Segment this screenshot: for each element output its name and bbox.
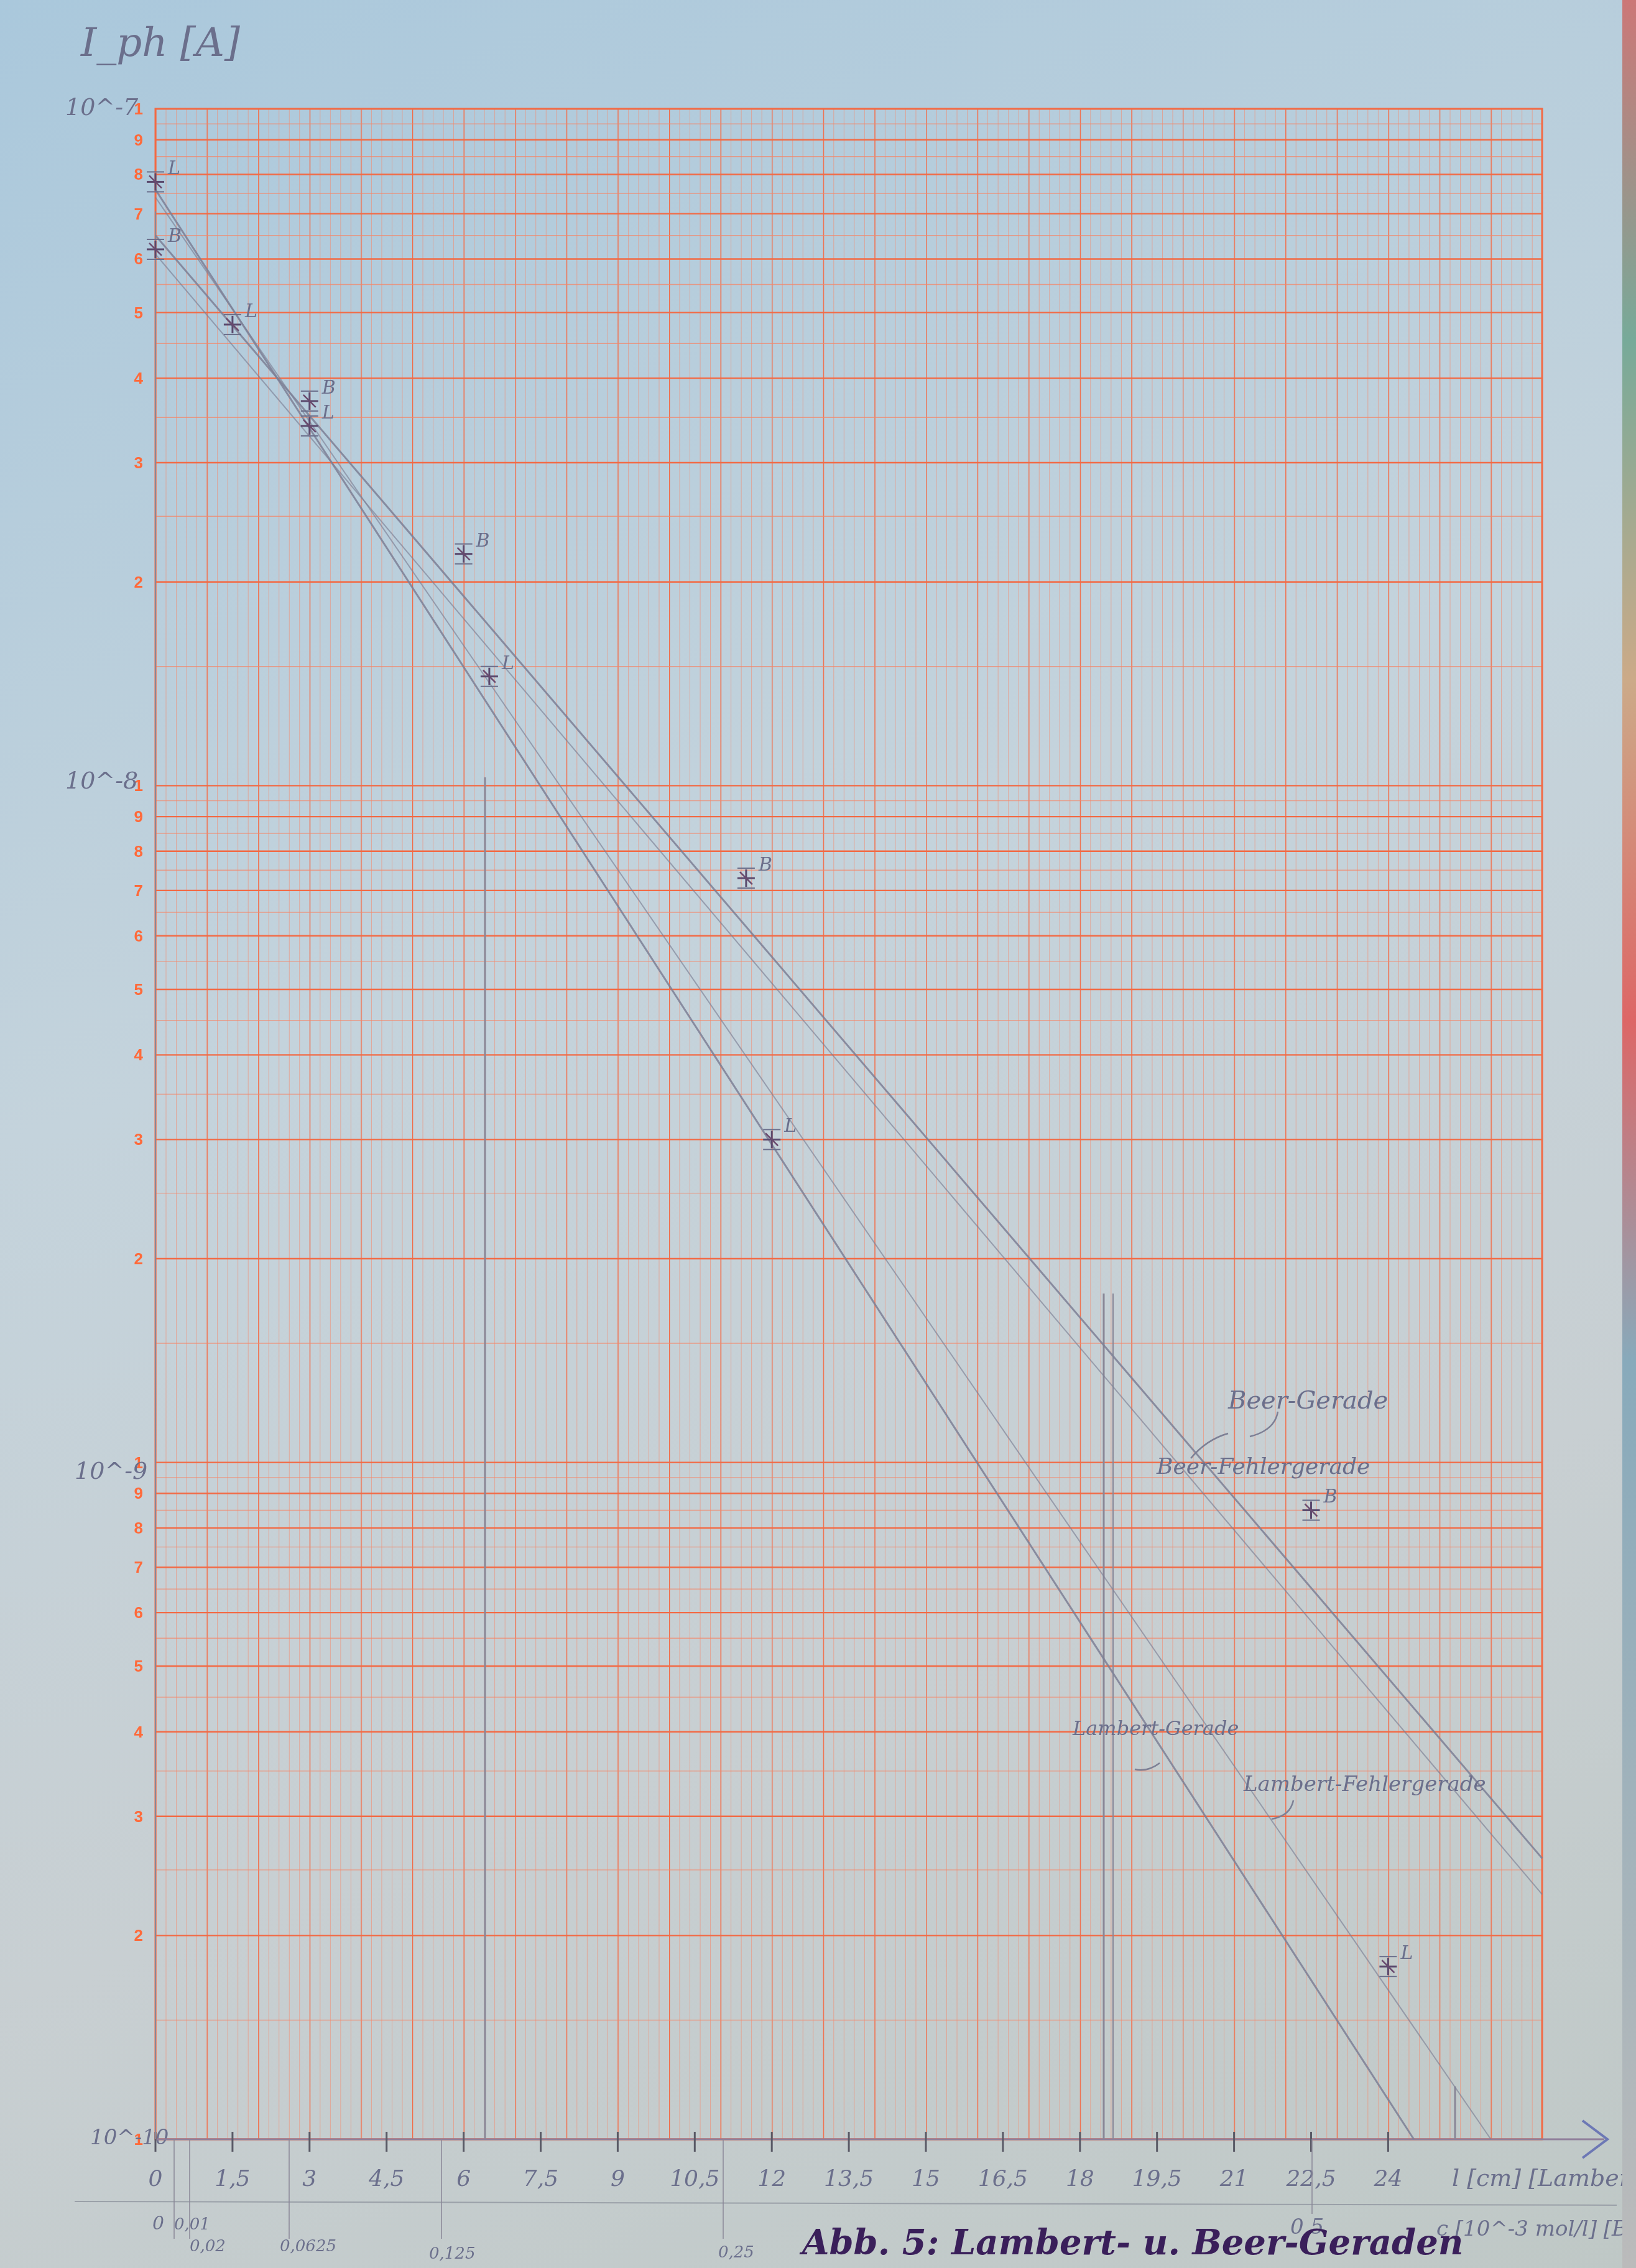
point-series-letter: B	[758, 854, 772, 876]
c-tick-0-25: 0,25	[718, 2243, 754, 2262]
x-tick-label: 0	[149, 2166, 163, 2192]
c-tick-0: 0	[152, 2213, 164, 2234]
x-tick-label: 24	[1373, 2166, 1402, 2192]
decade-label-1e-8: 10^-8	[65, 767, 138, 794]
y-tick-label: 8	[134, 165, 143, 183]
y-tick-label: 8	[134, 1519, 143, 1537]
c-tick-0-125: 0,125	[429, 2244, 475, 2263]
y-tick-label: 6	[134, 927, 143, 945]
x-tick-label: 6	[456, 2166, 471, 2192]
x-axis-primary-tick-labels: 01,534,567,5910,51213,51516,51819,52122,…	[149, 2132, 1403, 2192]
y-tick-label: 7	[134, 881, 143, 900]
point-series-letter: B	[476, 530, 490, 552]
y-tick-label: 4	[134, 1723, 144, 1741]
point-series-letter: B	[1323, 1486, 1338, 1507]
y-tick-label: 9	[134, 1484, 143, 1502]
y-tick-label: 2	[134, 573, 143, 591]
point-series-letter: L	[244, 300, 257, 322]
y-tick-label: 9	[134, 807, 143, 826]
x-tick-label: 22,5	[1285, 2166, 1336, 2192]
x-axis-secondary-label: c [10^-3 mol/l] [Beer]	[1436, 2216, 1636, 2241]
plot-grid	[155, 109, 1542, 2139]
point-series-letter: L	[167, 157, 180, 179]
point-series-letter: B	[167, 225, 182, 247]
point-series-letter: L	[1400, 1942, 1413, 1964]
c-tick-0-02: 0,02	[190, 2237, 226, 2256]
y-tick-label: 5	[134, 1657, 143, 1675]
y-axis-decade-labels: 10^-7 10^-8 10^-9 10^-10	[65, 93, 169, 2150]
x-tick-label: 7,5	[523, 2166, 558, 2192]
decade-label-1e-10: 10^-10	[90, 2125, 169, 2150]
point-series-letter: L	[321, 402, 335, 424]
y-tick-label: 2	[134, 1249, 143, 1268]
c-tick-0-01: 0,01	[174, 2215, 210, 2234]
x-tick-label: 1,5	[215, 2166, 250, 2192]
x-tick-label: 4,5	[368, 2166, 404, 2192]
x-tick-label: 16,5	[978, 2166, 1028, 2192]
y-tick-label: 3	[134, 453, 143, 472]
figure-caption: Abb. 5: Lambert- u. Beer-Geraden	[799, 2222, 1463, 2263]
x-axis-primary-label: l [cm] [Lambert]	[1452, 2164, 1636, 2192]
paper-edge	[1622, 0, 1636, 2268]
y-tick-label: 7	[134, 205, 143, 223]
y-tick-label: 3	[134, 1807, 143, 1826]
y-tick-label: 7	[134, 1558, 143, 1576]
x-tick-label: 18	[1066, 2166, 1094, 2192]
x-tick-label: 3	[302, 2166, 317, 2192]
y-tick-label: 5	[134, 980, 143, 999]
y-tick-label: 8	[134, 842, 143, 861]
x-tick-label: 19,5	[1132, 2166, 1182, 2192]
axis-separator	[75, 2201, 1617, 2205]
y-tick-label: 6	[134, 249, 143, 268]
annotation-lambert-gerade: Lambert-Gerade	[1072, 1716, 1239, 1740]
x-tick-label: 12	[757, 2166, 786, 2192]
x-tick-label: 15	[912, 2166, 940, 2192]
graph-paper-sheet: 1987654321987654321987654321 10^-7 10^-8…	[0, 0, 1636, 2268]
decade-label-1e-7: 10^-7	[65, 93, 139, 121]
y-tick-label: 4	[134, 1045, 144, 1064]
point-series-letter: B	[321, 377, 336, 399]
y-axis-tick-labels: 1987654321987654321987654321	[134, 100, 144, 2149]
x-tick-label: 21	[1219, 2166, 1249, 2192]
c-tick-0-0625: 0,0625	[280, 2237, 336, 2256]
decade-label-1e-9: 10^-9	[75, 1457, 147, 1484]
annotation-lambert-fehlergerade: Lambert-Fehlergerade	[1243, 1772, 1486, 1797]
point-series-letter: L	[783, 1115, 797, 1137]
x-tick-label: 9	[611, 2166, 625, 2192]
y-tick-label: 6	[134, 1603, 143, 1622]
y-tick-label: 4	[134, 369, 144, 387]
y-tick-label: 5	[134, 303, 143, 322]
annotation-beer-gerade: Beer-Gerade	[1227, 1386, 1388, 1415]
y-tick-label: 2	[134, 1926, 143, 1945]
x-tick-label: 13,5	[824, 2166, 874, 2192]
y-axis-title: I_ph [A]	[80, 20, 241, 66]
y-tick-label: 3	[134, 1130, 143, 1149]
y-tick-label: 9	[134, 131, 143, 149]
x-tick-label: 10,5	[670, 2166, 719, 2192]
annotation-beer-fehlergerade: Beer-Fehlergerade	[1156, 1454, 1370, 1479]
point-series-letter: L	[501, 652, 514, 674]
